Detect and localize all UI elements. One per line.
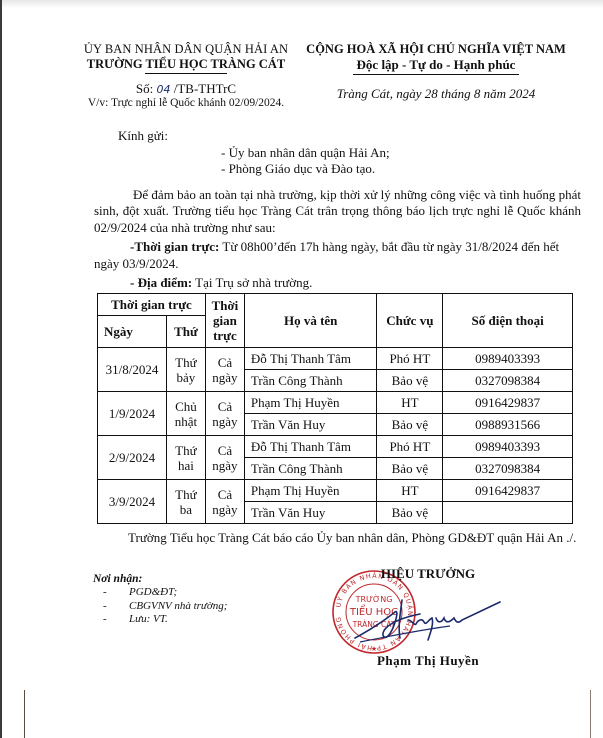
header-duty-time: Thời gian trực	[205, 294, 244, 348]
handwritten-signature-icon	[350, 590, 515, 650]
school-underline	[145, 73, 227, 74]
duty-time-cell: Cả ngày	[205, 436, 244, 480]
national-title: CỘNG HOÀ XÃ HỘI CHỦ NGHĨA VIỆT NAM	[298, 42, 574, 57]
weekday-cell-text: Chủ nhật	[171, 399, 201, 429]
duty-schedule-table: Thời gian trực Thời gian trực Họ và tên …	[97, 293, 573, 524]
name-cell: Trần Công Thành	[244, 458, 377, 480]
distribution-item: -Lưu: VT.	[93, 613, 227, 626]
scan-top-shadow	[0, 0, 603, 8]
table-row: 1/9/2024Chủ nhậtCả ngàyPhạm Thị HuyềnHT0…	[98, 392, 573, 414]
table-row: 3/9/2024Thứ baCả ngàyPhạm Thị HuyềnHT091…	[98, 480, 573, 502]
distribution-item: -PGD&ĐT;	[93, 586, 227, 599]
date-cell: 31/8/2024	[98, 348, 167, 392]
position-cell: Bảo vệ	[377, 414, 443, 436]
header-position: Chức vụ	[377, 294, 443, 348]
location-label: - Địa điểm:	[130, 275, 192, 290]
duty-time-paragraph: -Thời gian trực: Từ 08h00’đến 17h hàng n…	[94, 239, 581, 272]
duty-time-label: -Thời gian trực:	[130, 239, 219, 254]
weekday-cell-text: Thứ bảy	[171, 355, 201, 385]
distribution-title: Nơi nhận:	[93, 573, 227, 586]
signatory-title: HIỆU TRƯỞNG	[338, 566, 518, 582]
name-cell: Trần Công Thành	[244, 370, 377, 392]
distribution-item-text: PGD&ĐT;	[129, 586, 177, 598]
phone-cell: 0916429837	[443, 480, 573, 502]
duty-time-cell: Cả ngày	[205, 392, 244, 436]
position-cell: Phó HT	[377, 348, 443, 370]
header-phone: Số điện thoại	[443, 294, 573, 348]
position-cell: HT	[377, 480, 443, 502]
organization-name: ỦY BAN NHÂN DÂN QUẬN HẢI AN	[62, 42, 310, 57]
name-cell: Trần Văn Huy	[244, 502, 377, 524]
location-paragraph: - Địa điểm: Tại Trụ sở nhà trường.	[94, 275, 581, 292]
distribution-item-text: CBGVNV nhà trường;	[129, 600, 227, 612]
header-weekday: Thứ	[166, 316, 205, 348]
weekday-cell-text: Thứ hai	[171, 443, 201, 473]
phone-cell: 0327098384	[443, 458, 573, 480]
recipient-item: - Ủy ban nhân dân quận Hải An;	[221, 145, 581, 162]
date-cell: 1/9/2024	[98, 392, 167, 436]
intro-paragraph: Để đảm bảo an toàn tại nhà trường, kịp t…	[94, 187, 581, 237]
header-left: ỦY BAN NHÂN DÂN QUẬN HẢI AN TRƯỜNG TIỂU …	[62, 42, 310, 109]
duty-time-cell: Cả ngày	[205, 480, 244, 524]
header-full-name: Họ và tên	[244, 294, 377, 348]
phone-cell	[443, 502, 573, 524]
phone-cell: 0988931566	[443, 414, 573, 436]
phone-cell: 0989403393	[443, 436, 573, 458]
position-cell: Bảo vệ	[377, 370, 443, 392]
phone-cell: 0327098384	[443, 370, 573, 392]
table-row: 2/9/2024Thứ haiCả ngàyĐỗ Thị Thanh TâmPh…	[98, 436, 573, 458]
weekday-cell: Thứ ba	[166, 480, 205, 524]
motto-underline	[353, 74, 519, 75]
header-right: CỘNG HOÀ XÃ HỘI CHỦ NGHĨA VIỆT NAM Độc l…	[298, 42, 574, 102]
position-cell: Bảo vệ	[377, 458, 443, 480]
place-date: Tràng Cát, ngày 28 tháng 8 năm 2024	[298, 86, 574, 102]
distribution-list: Nơi nhận: -PGD&ĐT; -CBGVNV nhà trường; -…	[93, 573, 227, 626]
location-value: Tại Trụ sở nhà trường.	[192, 275, 312, 290]
name-cell: Đỗ Thị Thanh Tâm	[244, 348, 377, 370]
date-cell: 3/9/2024	[98, 480, 167, 524]
distribution-item-text: Lưu: VT.	[129, 613, 168, 625]
closing-paragraph: Trường Tiểu học Tràng Cát báo cáo Ủy ban…	[94, 530, 581, 547]
duty-time-cell-text: Cả ngày	[210, 487, 240, 517]
header-duty-period: Thời gian trực	[98, 294, 206, 316]
name-cell: Trần Văn Huy	[244, 414, 377, 436]
signatory-name: Phạm Thị Huyền	[338, 653, 518, 669]
position-cell: Phó HT	[377, 436, 443, 458]
header-duty-time-label: Thời gian trực	[209, 298, 241, 343]
document-subject: V/v: Trực nghỉ lễ Quốc khánh 02/09/2024.	[62, 97, 310, 109]
duty-time-cell-text: Cả ngày	[210, 399, 240, 429]
doc-number-suffix: /TB-THTrC	[170, 81, 236, 96]
weekday-cell: Thứ bảy	[166, 348, 205, 392]
weekday-cell: Thứ hai	[166, 436, 205, 480]
doc-number-prefix: Số:	[136, 81, 157, 96]
doc-number-handwritten: 04	[156, 83, 170, 96]
page-edge-right	[590, 690, 591, 738]
position-cell: Bảo vệ	[377, 502, 443, 524]
duty-time-cell-text: Cả ngày	[210, 443, 240, 473]
page-edge-left	[24, 690, 25, 738]
date-cell: 2/9/2024	[98, 436, 167, 480]
duty-time-cell: Cả ngày	[205, 348, 244, 392]
distribution-item: -CBGVNV nhà trường;	[93, 600, 227, 613]
duty-time-cell-text: Cả ngày	[210, 355, 240, 385]
position-cell: HT	[377, 392, 443, 414]
recipient-item: - Phòng Giáo dục và Đào tạo.	[221, 161, 581, 178]
name-cell: Phạm Thị Huyền	[244, 480, 377, 502]
school-name: TRƯỜNG TIỂU HỌC TRÀNG CÁT	[62, 57, 310, 72]
name-cell: Phạm Thị Huyền	[244, 392, 377, 414]
document-number: Số: 04 /TB-THTrC	[62, 81, 310, 97]
weekday-cell-text: Thứ ba	[171, 487, 201, 517]
table-row: 31/8/2024Thứ bảyCả ngàyĐỗ Thị Thanh TâmP…	[98, 348, 573, 370]
document-body: Kính gửi: - Ủy ban nhân dân quận Hải An;…	[94, 128, 581, 292]
phone-cell: 0916429837	[443, 392, 573, 414]
phone-cell: 0989403393	[443, 348, 573, 370]
scan-left-border	[0, 0, 2, 738]
weekday-cell: Chủ nhật	[166, 392, 205, 436]
recipients-label: Kính gửi:	[118, 128, 581, 145]
name-cell: Đỗ Thị Thanh Tâm	[244, 436, 377, 458]
header-date: Ngày	[98, 316, 167, 348]
national-motto: Độc lập - Tự do - Hạnh phúc	[298, 57, 574, 73]
